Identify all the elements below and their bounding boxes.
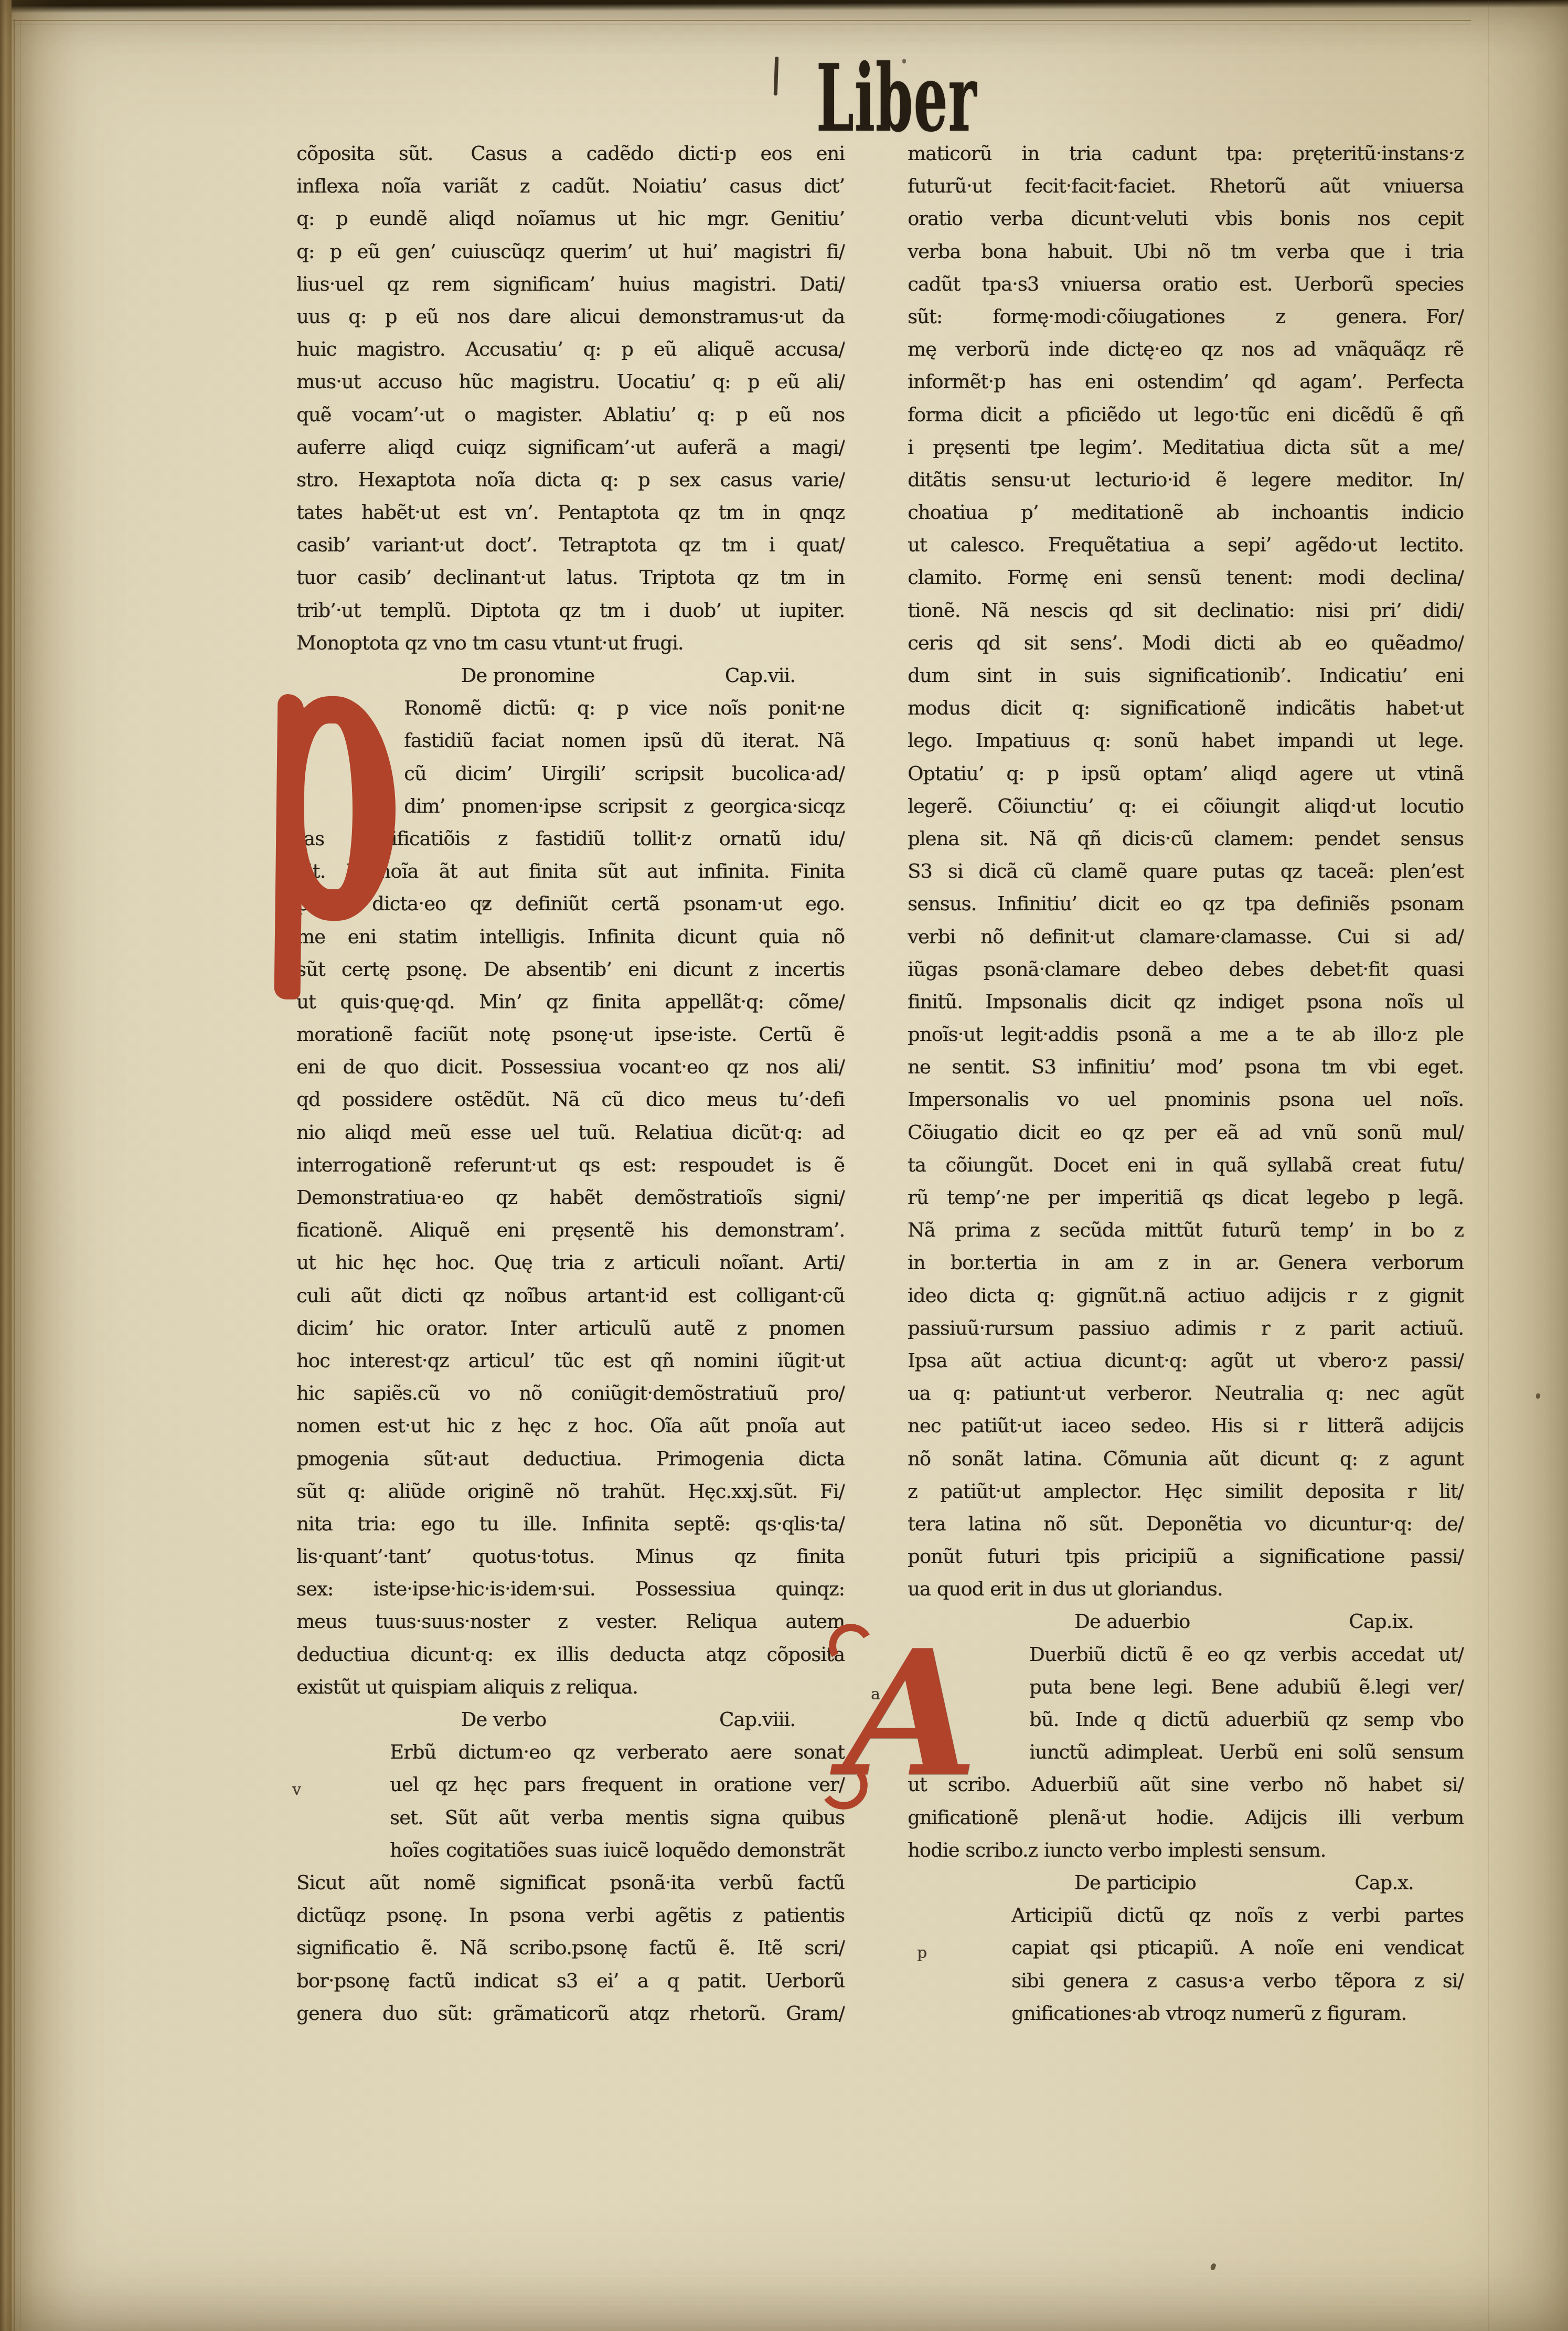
text-line: Ipsa aũt actiua dicunt·q: agũt ut vbero·… [908,1345,1464,1377]
text-line: qd possidere ostẽdũt. Nã cũ dico meus tu… [296,1083,845,1116]
text-line: dum sint in suis significationib’. Indic… [908,659,1464,692]
chapter-heading: De participioCap.x. [908,1867,1464,1899]
text-line: q: p eundẽ aliqd noĩamus ut hic mgr. Gen… [296,203,845,235]
chapter-number: Cap.vii. [725,659,795,692]
text-line: Ronomẽ dictũ: q: p vice noĩs ponit·ne [404,692,845,725]
text-line: lius·uel qz rem significam’ huius magist… [296,268,845,301]
text-line: Duerbiũ dictũ ẽ eo qz verbis accedat ut/ [1029,1638,1464,1671]
text-line: me eni statim intelligis. Infinita dicun… [296,921,845,953]
text-line: modus dicit q: significationẽ indicãtis … [908,692,1464,725]
chapter-number: Cap.viii. [719,1704,795,1736]
page-edge-line-top [13,20,1471,21]
text-line: nõ sonãt latina. Cõmunia aũt dicunt q: z… [908,1443,1464,1475]
text-line: hoĩes cogitatiões suas iuicẽ loquẽdo dem… [390,1834,845,1867]
guide-letter: a [871,1678,880,1711]
text-line: cõposita sũt. Casus a cadẽdo dicti·p eos… [296,137,845,170]
text-line: verbi nõ definit·ut clamare·clamasse. Cu… [908,921,1464,953]
text-line: uel qz hęc pars frequent in oratione ver… [390,1769,845,1801]
text-line: gnificationes·ab vtroqz numerũ z figuram… [1011,1997,1464,2030]
text-line: ta cõiungũt. Docet eni in quã syllabã cr… [908,1149,1464,1182]
text-line: mę verborũ inde dictę·eo qz nos ad vnãqu… [908,333,1464,366]
text-line: tates habẽt·ut est vn’. Pentaptota qz tm… [296,496,845,529]
text-line: ut hic hęc hoc. Quę tria z articuli noĩa… [296,1247,845,1279]
text-line: mus·ut accuso hũc magistru. Uocatiu’ q: … [296,366,845,398]
text-line: cadũt tpa·s3 vniuersa oratio est. Uerbor… [908,268,1464,301]
text-line: sũt certę psonę. De absentib’ eni dicunt… [296,953,845,986]
text-line: iunctũ adimpleat. Uerbũ eni solũ sensum … [1029,1736,1464,1769]
text-line: sensus. Infinitiu’ dicit eo qz tpa defin… [908,888,1464,920]
text-line: inflexa noĩa variãt z cadũt. Noiatiu’ ca… [296,170,845,203]
text-line: auferre aliqd cuiqz significam’·ut aufer… [296,431,845,464]
text-line: pnoĩs·ut legit·addis psonã a me a te ab … [908,1018,1464,1051]
text-line: cũ dicim’ Uirgili’ scripsit bucolica·ad/ [404,758,845,790]
text-line: plena sit. Nã qñ dicis·cũ clamem: pendet… [908,823,1464,855]
text-line: set. Sũt aũt verba mentis signa quibus [390,1802,845,1834]
text-line: lego. Impatiuus q: sonũ habet impandi ut… [908,725,1464,757]
chapter-heading: De aduerbioCap.ix. [908,1605,1464,1638]
text-line: z patiũt·ut amplector. Hęc similit depos… [908,1475,1464,1508]
text-line: oratio verba dicunt·veluti vbis bonis no… [908,203,1464,235]
text-column-left: cõposita sũt. Casus a cadẽdo dicti·p eos… [296,137,845,2030]
text-line: hic sapiẽs.cũ vo nõ coniũgit·demõstratiu… [296,1377,845,1410]
drop-cap-space [908,1638,1029,1737]
text-line: lis·quant’·tant’ quotus·totus. Minus qz … [296,1540,845,1573]
text-line: passiuũ·rursum passiuo adimis r z parit … [908,1312,1464,1345]
text-line: ne sentit. S3 infinitiu’ mod’ psona tm v… [908,1051,1464,1083]
text-line: q: p eũ gen’ cuiuscũqz querim’ ut hui’ m… [296,236,845,268]
paragraph: Ronomẽ dictũ: q: p vice noĩs ponit·nefas… [296,692,845,1704]
text-line: ficationẽ. Aliquẽ eni pręsentẽ his demon… [296,1214,845,1247]
text-line: bũ. Inde q dictũ aduerbiũ qz semp vbo [1029,1704,1464,1736]
text-line: choatiua p’ meditationẽ ab inchoantis in… [908,496,1464,529]
text-line: casib’ variant·ut doct’. Tetraptota qz t… [296,529,845,561]
running-head-title: Liber [816,44,977,153]
text-line: stro. Hexaptota noĩa dicta q: p sex casu… [296,464,845,496]
text-line: nio aliqd meũ esse uel tuũ. Relatiua dic… [296,1116,845,1149]
text-line: sex: iste·ipse·hic·is·idem·sui. Possessi… [296,1573,845,1605]
text-line: in bor.tertia in am z in ar. Genera verb… [908,1247,1464,1279]
paragraph: cõposita sũt. Casus a cadẽdo dicti·p eos… [296,137,845,659]
chapter-heading-title: De pronomine [461,659,595,692]
chapter-heading: De verboCap.viii. [296,1704,845,1736]
text-line: interrogationẽ referunt·ut qs est: respo… [296,1149,845,1182]
text-line: tuor casib’ declinant·ut latus. Triptota… [296,561,845,594]
text-line: i pręsenti tpe legim’. Meditatiua dicta … [908,431,1464,464]
text-line: ponũt futuri tpis pricipiũ a significati… [908,1540,1464,1573]
text-line: Optatiu’ q: p ipsũ optam’ aliqd agere ut… [908,758,1464,790]
page-fore-edge [0,0,12,2331]
text-line: uus q: p eũ nos dare alicui demonstramus… [296,301,845,333]
text-line: rũ temp’·ne per imperitiã qs dicat legeb… [908,1182,1464,1214]
text-line: significatio ẽ. Nã scribo.psonę factũ ẽ.… [296,1932,845,1964]
text-line: capiat qsi pticapiũ. A noĩe eni vendicat [1011,1932,1464,1964]
text-line: bor·psonę factũ indicat s3 ei’ a q patit… [296,1965,845,1997]
text-line: Cõiugatio dicit eo qz per eã ad vnũ sonũ… [908,1116,1464,1149]
text-line: maticorũ in tria cadunt tpa: pręteritũ·i… [908,137,1464,170]
text-line: ut scribo. Aduerbiũ aũt sine verbo nõ ha… [908,1769,1464,1801]
text-line: iũgas psonã·clamare debeo debes debet·fi… [908,953,1464,986]
chapter-heading: De pronomineCap.vii. [296,659,845,692]
text-line: finitũ. Impsonalis dicit qz indiget pson… [908,986,1464,1018]
text-line: tionẽ. Nã nescis qd sit declinatio: nisi… [908,594,1464,627]
text-line: Erbũ dictum·eo qz verberato aere sonat [390,1736,845,1769]
text-line: ceris qd sit sens’. Modi dicti ab eo quẽ… [908,627,1464,659]
text-line: clamito. Formę eni sensũ tenent: modi de… [908,561,1464,594]
text-line: verba bona habuit. Ubi nõ tm verba que i… [908,236,1464,268]
chapter-heading-title: De participio [1074,1867,1196,1899]
text-line: genera duo sũt: grãmaticorũ atqz rhetorũ… [296,1997,845,2030]
text-line: pmogenia sũt·aut deductiua. Primogenia d… [296,1443,845,1475]
paper-crease [1488,0,1489,2331]
text-line: nec patiũt·ut iaceo sedeo. His si r litt… [908,1410,1464,1442]
text-column-right: maticorũ in tria cadunt tpa: pręteritũ·i… [908,137,1464,2030]
text-line: existũt ut quispiam aliquis z reliqua. [296,1671,845,1704]
text-line: ut calesco. Frequẽtatiua a sepi’ agẽdo·u… [908,529,1464,561]
text-line: Monoptota qz vno tm casu vtunt·ut frugi. [296,627,845,659]
text-line: nomen est·ut hic z hęc z hoc. Oĩa aũt pn… [296,1410,845,1442]
text-line: sibi genera z casus·a verbo tẽpora z si/ [1011,1965,1464,1997]
text-line: huic magistro. Accusatiu’ q: p eũ aliquẽ… [296,333,845,366]
text-line: S3 si dicã cũ clamẽ quare putas qz taceã… [908,855,1464,888]
page-edge-lines-left [14,19,15,2331]
initial-blank-space [296,1736,390,1834]
paragraph: AaDuerbiũ dictũ ẽ eo qz verbis accedat u… [908,1638,1464,1867]
text-line: meus tuus·suus·noster z vester. Reliqua … [296,1605,845,1638]
text-line: dicim’ hic orator. Inter articulũ autẽ z… [296,1312,845,1345]
text-line: tas significatiõis z fastidiũ tollit·z o… [296,823,845,855]
text-line: legerẽ. Cõiunctiu’ q: ei cõiungit aliqd·… [908,790,1464,823]
text-line: informẽt·p has eni ostendim’ qd agam’. P… [908,366,1464,398]
chapter-heading-title: De aduerbio [1074,1605,1190,1638]
paragraph: pArticipiũ dictũ qz noĩs z verbi partesc… [908,1899,1464,2030]
text-line: ideo dicta q: gignũt.nã actiuo adijcis r… [908,1280,1464,1312]
text-line: cit. Pronoĩa ãt aut finita sũt aut infin… [296,855,845,888]
text-line: Articipiũ dictũ qz noĩs z verbi partes [1011,1899,1464,1932]
text-line: trib’·ut templũ. Diptota qz tm i duob’ u… [296,594,845,627]
text-line: hoc interest·qz articul’ tũc est qñ nomi… [296,1345,845,1377]
text-line: futurũ·ut fecit·facit·faciet. Rhetorũ aũ… [908,170,1464,203]
text-line: morationẽ faciũt notę psonę·ut ipse·iste… [296,1018,845,1051]
text-line: quẽ vocam’·ut o magister. Ablatiu’ q: p … [296,399,845,431]
book-page-scan: Liber cõposita sũt. Casus a cadẽdo dicti… [0,0,1568,2331]
text-line: sũt q: aliũde originẽ nõ trahũt. Hęc.xxj… [296,1475,845,1508]
chapter-number: Cap.ix. [1349,1605,1413,1638]
text-line: ditãtis sensu·ut lecturio·id ẽ legere me… [908,464,1464,496]
text-line: dictũqz psonę. In psona verbi agẽtis z p… [296,1899,845,1932]
text-line: tera latina nõ sũt. Deponẽtia vo dicuntu… [908,1508,1464,1540]
text-line: ua quod erit in dus ut gloriandus. [908,1573,1464,1605]
text-line: nita tria: ego tu ille. Infinita septẽ: … [296,1508,845,1540]
text-line: Sicut aũt nomẽ significat psonã·ita verb… [296,1867,845,1899]
text-line: gnificationẽ plenã·ut hodie. Adijcis ill… [908,1802,1464,1834]
paragraph: vErbũ dictum·eo qz verberato aere sonatu… [296,1736,845,2030]
guide-letter: p [917,1937,926,1970]
guide-letter: v [292,1774,301,1806]
text-line: Nã prima z secũda mittũt futurũ temp’ in… [908,1214,1464,1247]
chapter-number: Cap.x. [1354,1867,1413,1899]
drop-cap-space [296,692,404,790]
text-line: Demonstratiua·eo qz habẽt demõstratioĩs … [296,1182,845,1214]
text-line: hodie scribo.z iuncto verbo implesti sen… [908,1834,1464,1867]
text-line: Impersonalis vo uel pnominis psona uel n… [908,1083,1464,1116]
text-line: ua q: patiunt·ut verberor. Neutralia q: … [908,1377,1464,1410]
text-line: sũt: formę·modi·cõiugationes z genera. F… [908,301,1464,333]
text-line: culi aũt dicti qz noĩbus artant·id est c… [296,1280,845,1312]
paragraph: maticorũ in tria cadunt tpa: pręteritũ·i… [908,137,1464,1605]
text-line: eni de quo dicit. Possessiua vocant·eo q… [296,1051,845,1083]
chapter-heading-title: De verbo [461,1704,547,1736]
text-line: ut quis·quę·qd. Min’ qz finita appellãt·… [296,986,845,1018]
text-line: forma dicit a pficiẽdo ut lego·tũc eni d… [908,399,1464,431]
text-line: deductiua dicunt·q: ex illis deducta atq… [296,1638,845,1671]
text-line: fastidiũ faciat nomen ipsũ dũ iterat. Nã [404,725,845,757]
text-line: dim’ pnomen·ipse scripsit z georgica·sic… [404,790,845,823]
text-line: pnoĩa dicta·eo qz definiũt certã psonam·… [296,888,845,920]
text-line: puta bene legi. Bene adubiũ ẽ.legi ver/ [1029,1671,1464,1704]
